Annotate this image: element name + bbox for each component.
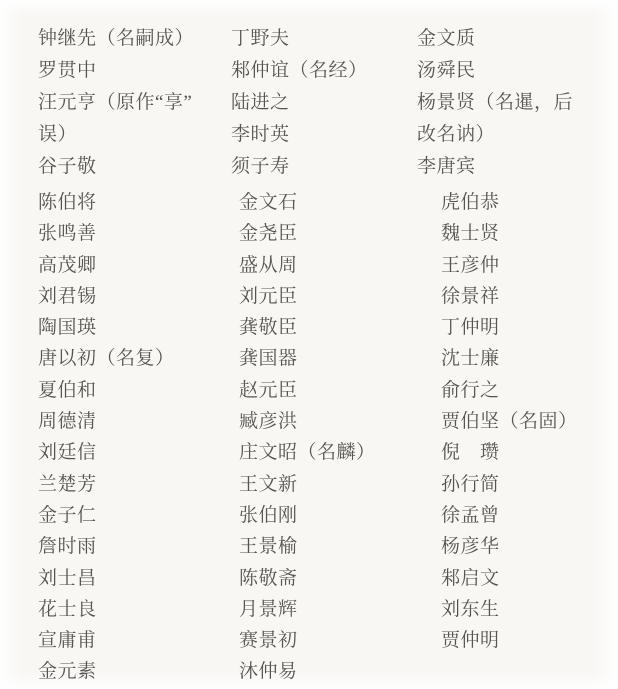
name-entry: 改名讷） (417, 119, 573, 151)
name-entry: 陈敬斋 (239, 563, 376, 594)
name-column-left: 陈伯将张鸣善高茂卿刘君锡陶国瑛唐以初（名复）夏伯和周德清刘廷信兰楚芳金子仁詹时雨… (38, 187, 175, 688)
name-column-middle: 丁野夫邾仲谊（名经）陆进之李时英须子寿 (231, 23, 368, 183)
name-entry: 陈伯将 (38, 187, 175, 218)
name-entry: 兰楚芳 (38, 469, 175, 500)
name-column-middle: 金文石金尧臣盛从周刘元臣龚敬臣龚国器赵元臣臧彦洪庄文昭（名麟）王文新张伯刚王景榆… (239, 187, 376, 688)
name-entry: 高茂卿 (38, 250, 175, 281)
name-entry: 王景榆 (239, 531, 376, 562)
name-entry: 孙行简 (441, 469, 578, 500)
name-entry: 花士良 (38, 594, 175, 625)
name-entry: 虎伯恭 (441, 187, 578, 218)
name-entry: 谷子敬 (38, 151, 194, 183)
name-entry: 徐孟曾 (441, 500, 578, 531)
name-entry: 误） (38, 119, 194, 151)
name-entry: 王彦仲 (441, 250, 578, 281)
name-entry: 金文石 (239, 187, 376, 218)
name-entry: 刘东生 (441, 594, 578, 625)
name-entry: 沐仲易 (239, 656, 376, 687)
name-entry: 倪 瓒 (441, 437, 578, 468)
name-entry: 金文质 (417, 23, 573, 55)
name-entry: 月景辉 (239, 594, 376, 625)
name-entry: 王文新 (239, 469, 376, 500)
name-column-left: 钟继先（名嗣成）罗贯中汪元亨（原作“享”误）谷子敬 (38, 23, 194, 183)
name-entry: 贾仲明 (441, 625, 578, 656)
name-entry: 汪元亨（原作“享” (38, 87, 194, 119)
name-entry: 罗贯中 (38, 55, 194, 87)
name-entry: 张鸣善 (38, 218, 175, 249)
name-entry: 夏伯和 (38, 375, 175, 406)
name-entry: 龚敬臣 (239, 312, 376, 343)
name-entry: 唐以初（名复） (38, 343, 175, 374)
name-entry: 金元素 (38, 656, 175, 687)
name-entry: 盛从周 (239, 250, 376, 281)
name-entry: 汤舜民 (417, 55, 573, 87)
name-entry: 龚国器 (239, 343, 376, 374)
name-entry: 杨彦华 (441, 531, 578, 562)
name-entry: 丁仲明 (441, 312, 578, 343)
book-page: 钟继先（名嗣成）罗贯中汪元亨（原作“享”误）谷子敬 丁野夫邾仲谊（名经）陆进之李… (0, 0, 618, 689)
name-column-right: 虎伯恭魏士贤王彦仲徐景祥丁仲明沈士廉俞行之贾伯坚（名固）倪 瓒孙行简徐孟曾杨彦华… (441, 187, 578, 656)
name-entry: 庄文昭（名麟） (239, 437, 376, 468)
name-entry: 李唐宾 (417, 151, 573, 183)
name-entry: 赛景初 (239, 625, 376, 656)
name-entry: 金子仁 (38, 500, 175, 531)
name-entry: 杨景贤（名暹，后 (417, 87, 573, 119)
name-entry: 李时英 (231, 119, 368, 151)
name-entry: 陶国瑛 (38, 312, 175, 343)
name-entry: 徐景祥 (441, 281, 578, 312)
name-entry: 刘君锡 (38, 281, 175, 312)
name-entry: 刘元臣 (239, 281, 376, 312)
name-entry: 金尧臣 (239, 218, 376, 249)
name-entry: 邾仲谊（名经） (231, 55, 368, 87)
name-entry: 詹时雨 (38, 531, 175, 562)
name-entry: 丁野夫 (231, 23, 368, 55)
name-entry: 须子寿 (231, 151, 368, 183)
name-entry: 周德清 (38, 406, 175, 437)
name-entry: 刘廷信 (38, 437, 175, 468)
name-entry: 沈士廉 (441, 343, 578, 374)
name-entry: 臧彦洪 (239, 406, 376, 437)
name-entry: 钟继先（名嗣成） (38, 23, 194, 55)
name-entry: 张伯刚 (239, 500, 376, 531)
name-entry: 刘士昌 (38, 563, 175, 594)
name-entry: 陆进之 (231, 87, 368, 119)
name-entry: 俞行之 (441, 375, 578, 406)
name-column-right: 金文质汤舜民杨景贤（名暹，后改名讷）李唐宾 (417, 23, 573, 183)
name-entry: 魏士贤 (441, 218, 578, 249)
name-entry: 宣庸甫 (38, 625, 175, 656)
name-entry: 邾启文 (441, 563, 578, 594)
name-entry: 贾伯坚（名固） (441, 406, 578, 437)
name-entry: 赵元臣 (239, 375, 376, 406)
